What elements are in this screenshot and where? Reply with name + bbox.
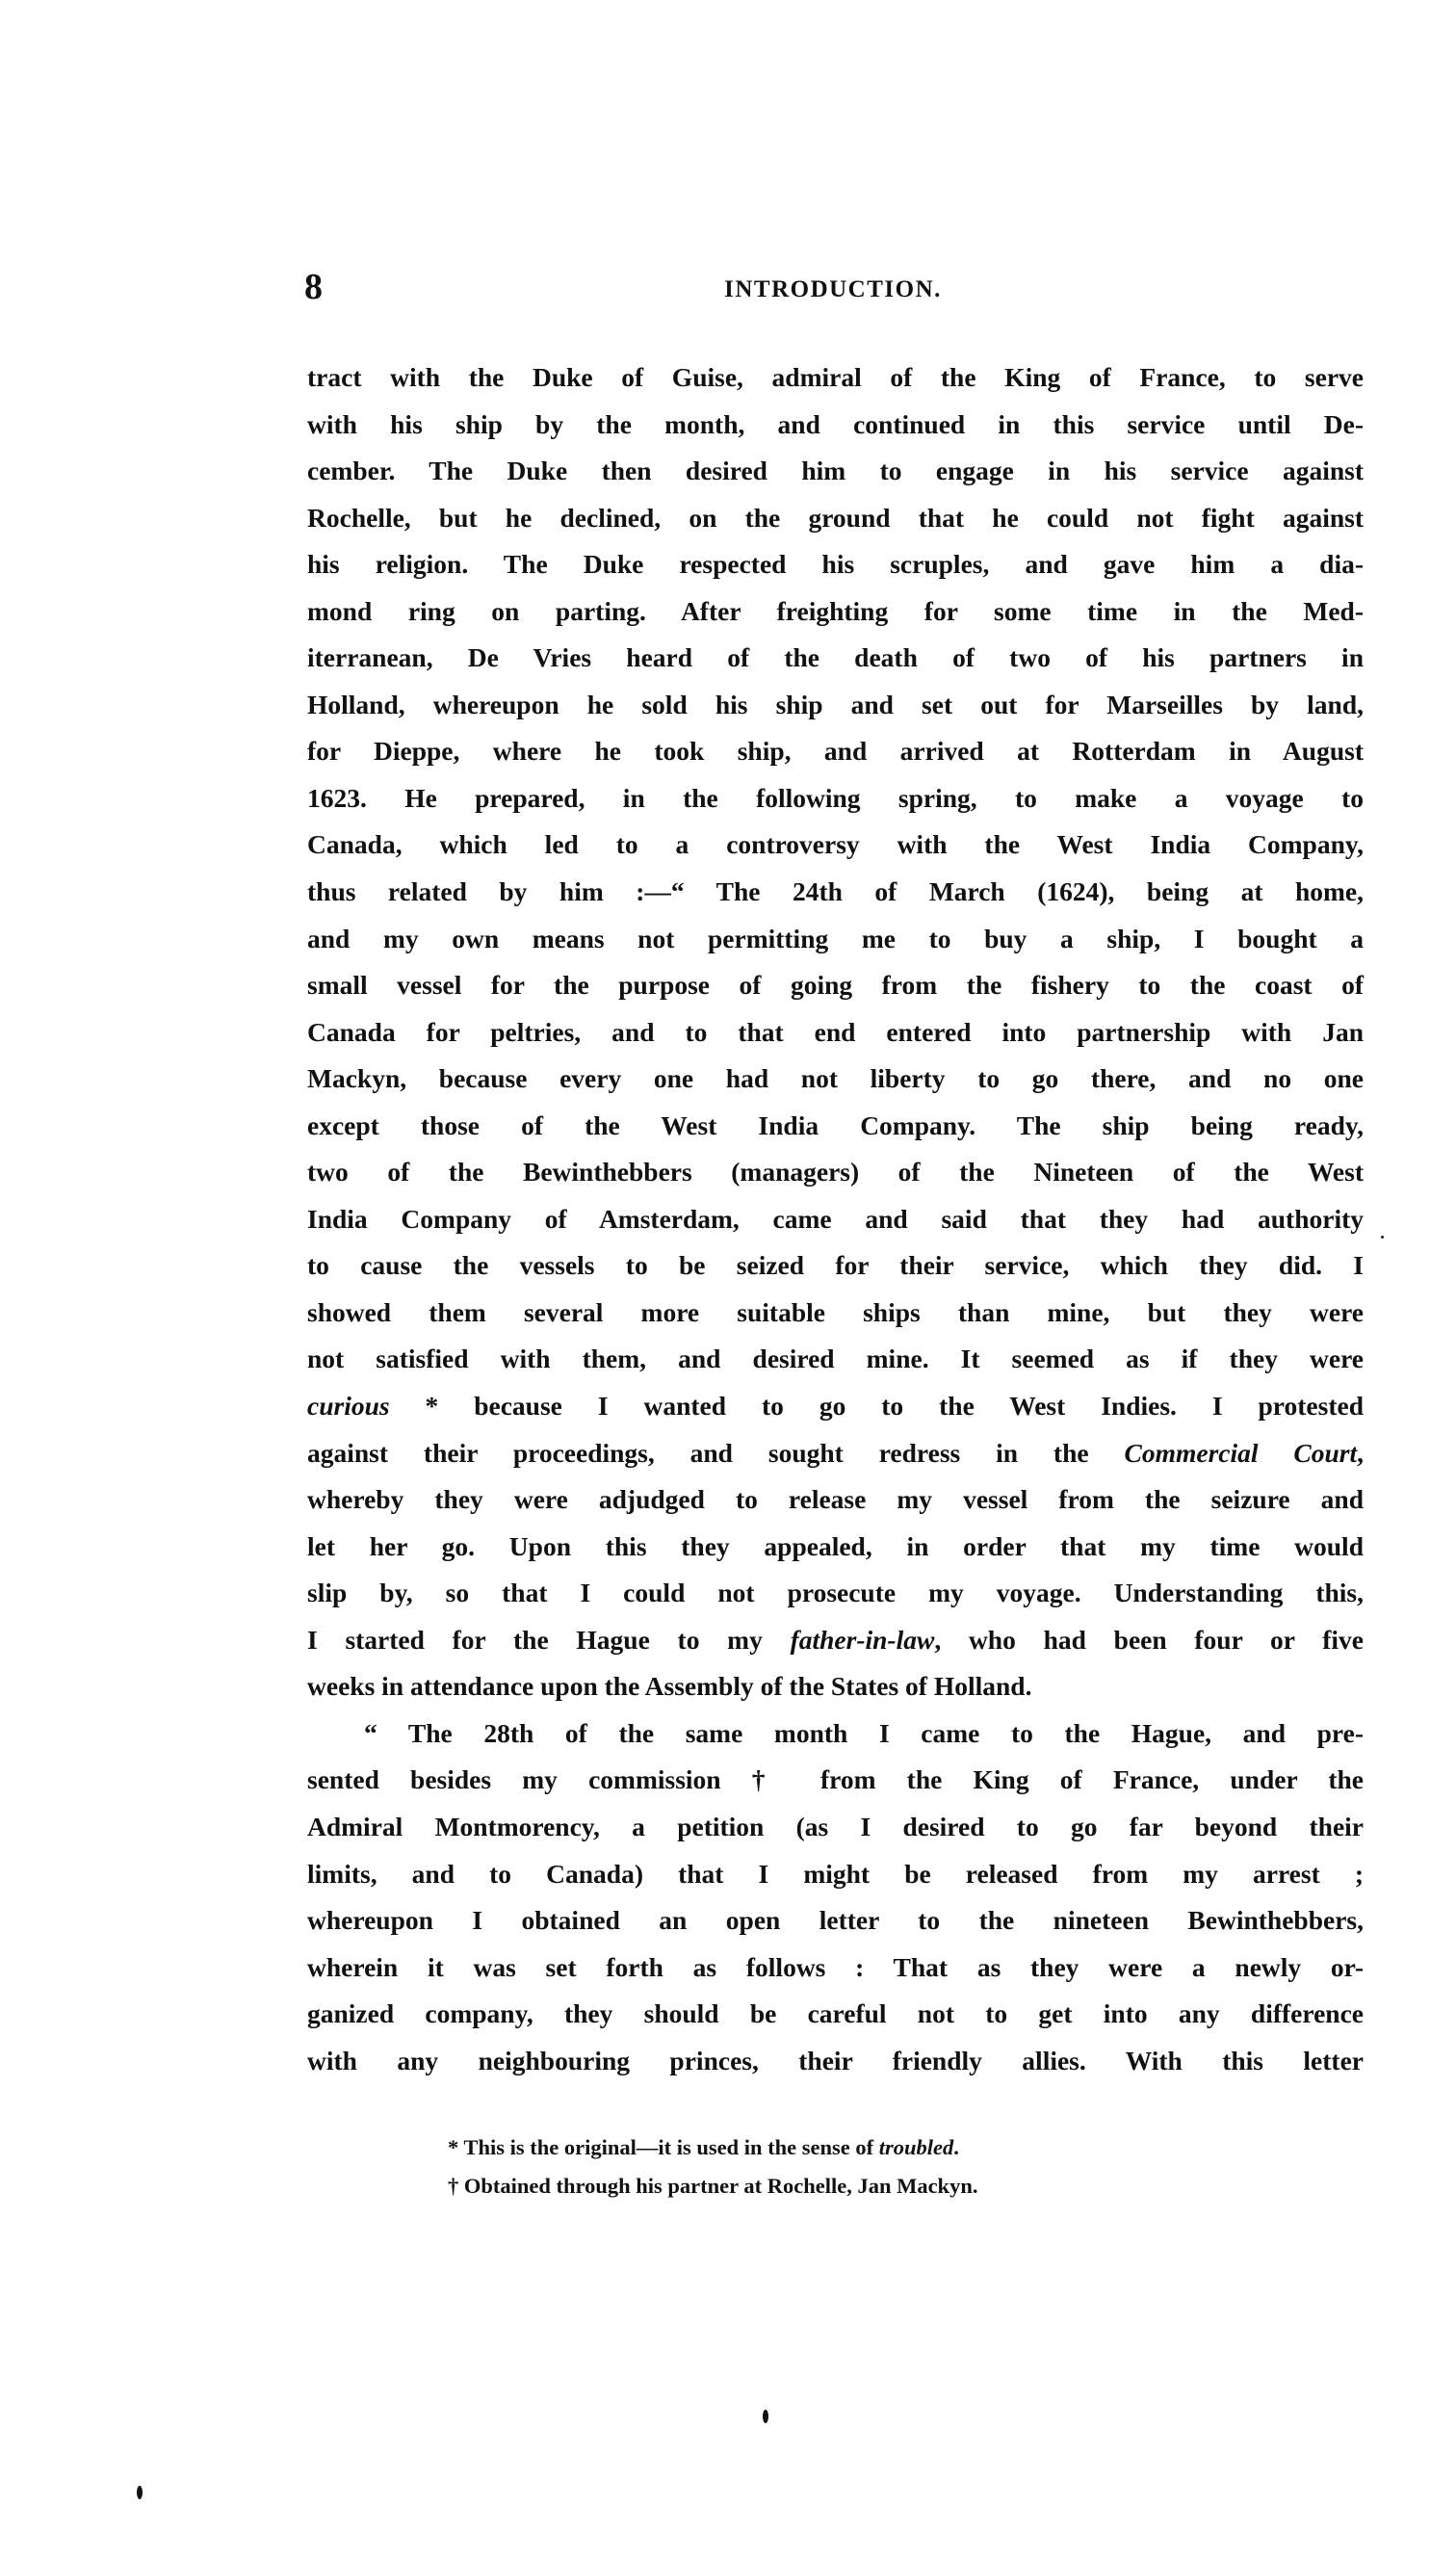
- text-line: two of the Bewinthebbers (managers) of t…: [307, 1149, 1364, 1196]
- body-text: tract with the Duke of Guise, admiral of…: [307, 354, 1364, 2084]
- italic-phrase: father-in-law: [791, 1625, 935, 1655]
- text-line-with-italic: against their proceedings, and sought re…: [307, 1430, 1364, 1477]
- text-line: Mackyn, because every one had not libert…: [307, 1056, 1364, 1103]
- text-line: slip by, so that I could not prosecute m…: [307, 1570, 1364, 1617]
- text-line-with-italic: curious * because I wanted to go to the …: [307, 1383, 1364, 1430]
- text-line: let her go. Upon this they appealed, in …: [307, 1524, 1364, 1571]
- text-line: Rochelle, but he declined, on the ground…: [307, 495, 1364, 542]
- text-line: thus related by him :—“ The 24th of Marc…: [307, 869, 1364, 916]
- print-mark: [137, 2486, 143, 2499]
- text-line: Holland, whereupon he sold his ship and …: [307, 682, 1364, 729]
- text-line: cember. The Duke then desired him to eng…: [307, 448, 1364, 495]
- text-line: small vessel for the purpose of going fr…: [307, 962, 1364, 1009]
- book-page: 8 INTRODUCTION. tract with the Duke of G…: [0, 0, 1456, 2558]
- text-line: Canada for peltries, and to that end ent…: [307, 1009, 1364, 1057]
- text-line: not satisfied with them, and desired min…: [307, 1336, 1364, 1383]
- text-line: Admiral Montmorency, a petition (as I de…: [307, 1804, 1364, 1851]
- text-line: tract with the Duke of Guise, admiral of…: [307, 354, 1364, 402]
- text-line: and my own means not permitting me to bu…: [307, 916, 1364, 963]
- text-line: iterranean, De Vries heard of the death …: [307, 635, 1364, 682]
- text-line: India Company of Amsterdam, came and sai…: [307, 1196, 1364, 1243]
- paragraph-start-line: “ The 28th of the same month I came to t…: [307, 1710, 1364, 1758]
- text-line: limits, and to Canada) that I might be r…: [307, 1851, 1364, 1898]
- text-line: his religion. The Duke respected his scr…: [307, 541, 1364, 588]
- italic-phrase: Commercial Court: [1124, 1438, 1357, 1468]
- footnote-asterisk: * This is the original—it is used in the…: [448, 2128, 977, 2167]
- text-line: with his ship by the month, and continue…: [307, 402, 1364, 449]
- text-line: whereupon I obtained an open letter to t…: [307, 1897, 1364, 1945]
- text-line: 1623. He prepared, in the following spri…: [307, 775, 1364, 822]
- text-line: sented besides my commission † from the …: [307, 1757, 1364, 1804]
- text-line: for Dieppe, where he took ship, and arri…: [307, 728, 1364, 775]
- text-line-with-italic: I started for the Hague to my father-in-…: [307, 1617, 1364, 1664]
- text-line: showed them several more suitable ships …: [307, 1290, 1364, 1337]
- print-mark: [763, 2410, 768, 2423]
- text-line: Canada, which led to a controversy with …: [307, 822, 1364, 869]
- footnotes: * This is the original—it is used in the…: [448, 2128, 977, 2206]
- text-line: mond ring on parting. After freighting f…: [307, 588, 1364, 636]
- page-number: 8: [304, 268, 323, 306]
- italic-word: curious: [307, 1391, 390, 1421]
- print-speck: [1381, 1236, 1384, 1239]
- text-line: ganized company, they should be careful …: [307, 1991, 1364, 2038]
- text-line: to cause the vessels to be seized for th…: [307, 1242, 1364, 1290]
- text-line: whereby they were adjudged to release my…: [307, 1476, 1364, 1524]
- text-line: except those of the West India Company. …: [307, 1103, 1364, 1150]
- footnote-dagger: † Obtained through his partner at Rochel…: [448, 2167, 977, 2206]
- text-line: wherein it was set forth as follows : Th…: [307, 1945, 1364, 1992]
- running-head: INTRODUCTION.: [674, 274, 992, 306]
- italic-word: troubled: [879, 2135, 954, 2159]
- text-line: weeks in attendance upon the Assembly of…: [307, 1663, 1364, 1710]
- text-line: with any neighbouring princes, their fri…: [307, 2038, 1364, 2085]
